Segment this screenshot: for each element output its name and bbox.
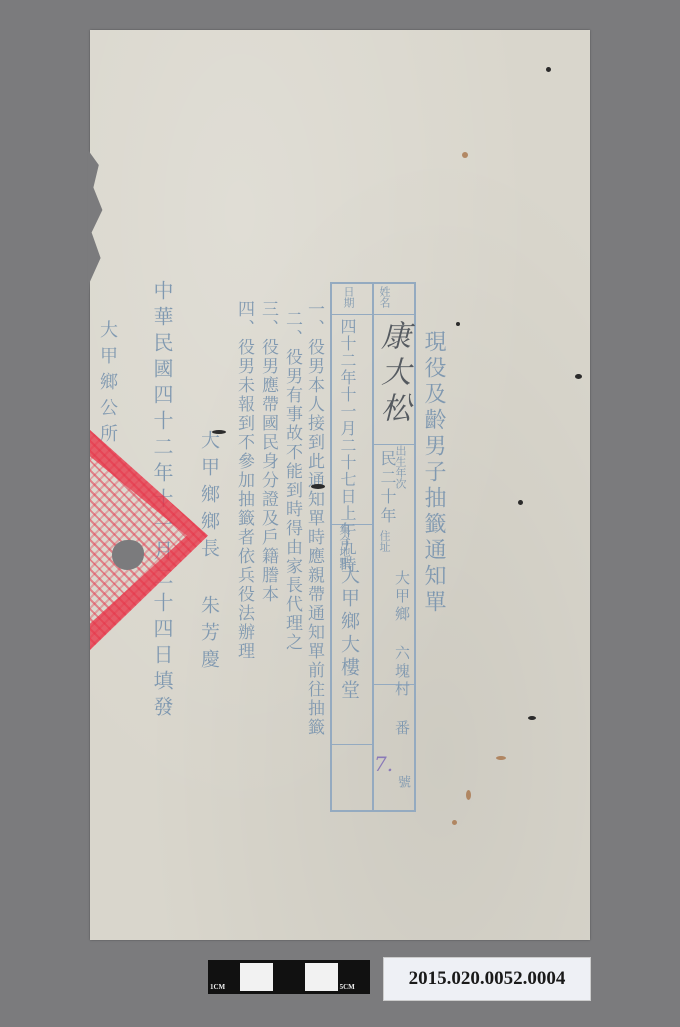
table-header-line — [332, 314, 414, 315]
date-label: 日期 — [340, 286, 356, 308]
scale-left-label: 1CM — [210, 983, 225, 991]
note-1: 一、役男本人接到此通知單時應親帶通知單前往抽籤 — [302, 300, 327, 737]
stain — [452, 820, 457, 825]
scale-segment — [240, 963, 272, 991]
document-title: 現役及齡男子抽籤通知單 — [418, 330, 449, 616]
ink-spot — [518, 500, 523, 505]
birth-value: 民二十年 — [376, 450, 399, 526]
issuer: 大甲鄉鄉長 朱芳慶 — [196, 430, 223, 676]
name-value: 康大松 — [370, 320, 414, 428]
name-label: 姓名 — [376, 286, 392, 308]
ink-spot — [528, 716, 536, 720]
residence-label: 住址 — [376, 530, 392, 552]
left-edge-text: 大甲鄉公所 — [94, 320, 120, 450]
table-row-line — [332, 744, 372, 745]
scale-segment: 1CM — [208, 960, 240, 994]
assembly-label: 集合地點 — [336, 524, 352, 568]
scale-segment: 5CM — [338, 960, 370, 994]
note-4: 四、役男未報到不參加抽籤者依兵役法辦理 — [232, 300, 257, 661]
ink-spot — [311, 484, 325, 489]
ink-spot — [456, 322, 460, 326]
stain — [466, 790, 471, 800]
scale-segment — [305, 963, 337, 991]
stain — [496, 756, 506, 760]
ink-spot — [212, 430, 226, 434]
scale-bar: 1CM 5CM — [208, 960, 370, 994]
stain — [462, 152, 468, 158]
note-2: 二、役男有事故不能到時得由家長代理之 — [280, 310, 305, 652]
scale-right-label: 5CM — [340, 983, 355, 991]
serial-number: 7. — [374, 752, 393, 776]
accession-number-label: 2015.020.0052.0004 — [383, 957, 591, 1001]
note-3: 三、役男應帶國民身分證及戶籍謄本 — [256, 300, 281, 604]
ink-spot — [546, 67, 551, 72]
serial-suffix: 號 — [393, 775, 412, 788]
scale-segment — [273, 960, 305, 994]
ink-spot — [575, 374, 582, 379]
residence-value: 大甲鄉 六塊村 番 — [392, 570, 413, 738]
assembly-value: 大甲鄉大樓堂 — [336, 565, 363, 703]
